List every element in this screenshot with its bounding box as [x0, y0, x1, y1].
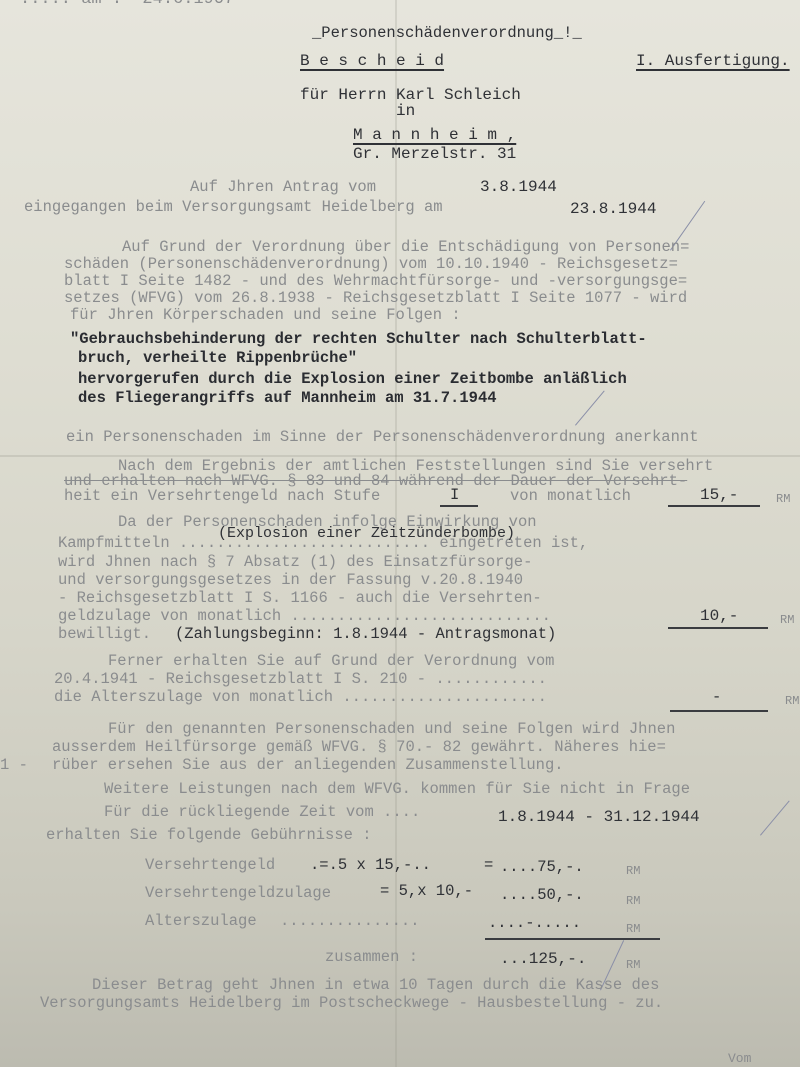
fee-currency: RM: [626, 892, 640, 910]
alterszulage-amount: -: [712, 688, 721, 706]
text-line: schäden (Personenschädenverordnung) vom …: [64, 255, 678, 273]
text-line: setzes (WFVG) vom 26.8.1938 - Reichsgese…: [64, 289, 687, 307]
stufe-value: I: [450, 486, 459, 504]
total-label: zusammen :: [325, 948, 418, 966]
recognition-line: ein Personenschaden im Sinne der Persone…: [66, 428, 699, 446]
monthly-label: von monatlich: [510, 487, 631, 505]
recipient-in: in: [396, 102, 415, 120]
margin-mark: 1 -: [0, 756, 28, 774]
cause-insert: (Explosion einer Zeitzünderbombe): [218, 525, 515, 543]
text-line: bruch, verheilte Rippenbrüche": [78, 349, 357, 367]
fee-amount: ....-.....: [488, 914, 581, 932]
versehrtengeld-amount: 15,-: [700, 486, 738, 504]
fee-currency: RM: [626, 862, 640, 880]
fee-amount: ....75,-.: [500, 858, 584, 876]
copy-label: I. Ausfertigung.: [636, 52, 790, 70]
fee-currency: RM: [626, 920, 640, 938]
text-line: geldzulage von monatlich ...............…: [58, 607, 551, 625]
currency-label: RM: [780, 611, 794, 629]
text-line: Für den genannten Personenschaden und se…: [108, 720, 675, 738]
underline: [670, 710, 768, 712]
text-line: hervorgerufen durch die Explosion einer …: [78, 370, 627, 388]
text-line: ausserdem Heilfürsorge gemäß WFVG. § 70.…: [52, 738, 666, 756]
text-line: für Jhren Körperschaden und seine Folgen…: [70, 306, 461, 324]
text-line: "Gebrauchsbehinderung der rechten Schult…: [70, 330, 647, 348]
text-line: wird Jhnen nach § 7 Absatz (1) des Einsa…: [58, 553, 532, 571]
fee-equals: =: [484, 856, 493, 874]
fee-label: Alterszulage: [145, 912, 257, 930]
text-line: Dieser Betrag geht Jhnen in etwa 10 Tage…: [92, 976, 659, 994]
fee-label: Versehrtengeld: [145, 856, 275, 874]
text-line: rüber ersehen Sie aus der anliegenden Zu…: [52, 756, 564, 774]
document-title: B e s c h e i d: [300, 52, 444, 70]
text-line: Weitere Leistungen nach dem WFVG. kommen…: [104, 780, 690, 798]
recipient-city: M a n n h e i m ,: [353, 126, 516, 144]
recipient-street: Gr. Merzelstr. 31: [353, 145, 516, 163]
application-prefix: Auf Jhren Antrag vom: [190, 178, 376, 196]
total-amount: ...125,-.: [500, 950, 586, 968]
fee-calc: ...............: [280, 912, 420, 930]
underline: [440, 505, 478, 507]
text-line: heit ein Versehrtengeld nach Stufe: [64, 487, 380, 505]
text-line: die Alterszulage von monatlich .........…: [54, 688, 547, 706]
zulage-amount: 10,-: [700, 607, 738, 625]
date-of-birth-line: ..... am : 24.6.1907: [20, 0, 234, 9]
text-line: Auf Grund der Verordnung über die Entsch…: [122, 238, 689, 256]
checkmark: [575, 391, 605, 426]
sum-rule: [485, 938, 660, 940]
application-date: 3.8.1944: [480, 178, 557, 196]
total-currency: RM: [626, 956, 640, 974]
underline: [668, 627, 768, 629]
period-value: 1.8.1944 - 31.12.1944: [498, 808, 700, 826]
text-line: des Fliegerangriffs auf Mannheim am 31.7…: [78, 389, 497, 407]
fees-intro: erhalten Sie folgende Gebührnisse :: [46, 826, 372, 844]
payment-start: (Zahlungsbeginn: 1.8.1944 - Antragsmonat…: [175, 625, 556, 643]
underline: [668, 505, 760, 507]
currency-label: RM: [785, 692, 799, 710]
ordinance-title: _Personenschädenverordnung_!_: [312, 24, 582, 42]
fee-label: Versehrtengeldzulage: [145, 884, 331, 902]
fee-calc: .=.5 x 15,-..: [310, 856, 431, 874]
text-line: blatt I Seite 1482 - und des Wehrmachtfü…: [64, 272, 687, 290]
checkmark: [760, 801, 790, 836]
fee-amount: ....50,-.: [500, 886, 584, 904]
text-line: und versorgungsgesetzes in der Fassung v…: [58, 571, 523, 589]
period-prefix: Für die rückliegende Zeit vom ....: [104, 803, 420, 821]
currency-label: RM: [776, 490, 790, 508]
fee-calc: = 5,x 10,-: [380, 882, 473, 900]
text-line: Ferner erhalten Sie auf Grund der Verord…: [108, 652, 554, 670]
text-line: - Reichsgesetzblatt I S. 1166 - auch die…: [58, 589, 542, 607]
received-prefix: eingegangen beim Versorgungsamt Heidelbe…: [24, 198, 443, 216]
text-line: bewilligt.: [58, 625, 151, 643]
received-date: 23.8.1944: [570, 200, 656, 218]
cut-off-text: Vom: [728, 1050, 751, 1067]
text-line: 20.4.1941 - Reichsgesetzblatt I S. 210 -…: [54, 670, 547, 688]
text-line: Versorgungsamts Heidelberg im Postscheck…: [40, 994, 663, 1012]
